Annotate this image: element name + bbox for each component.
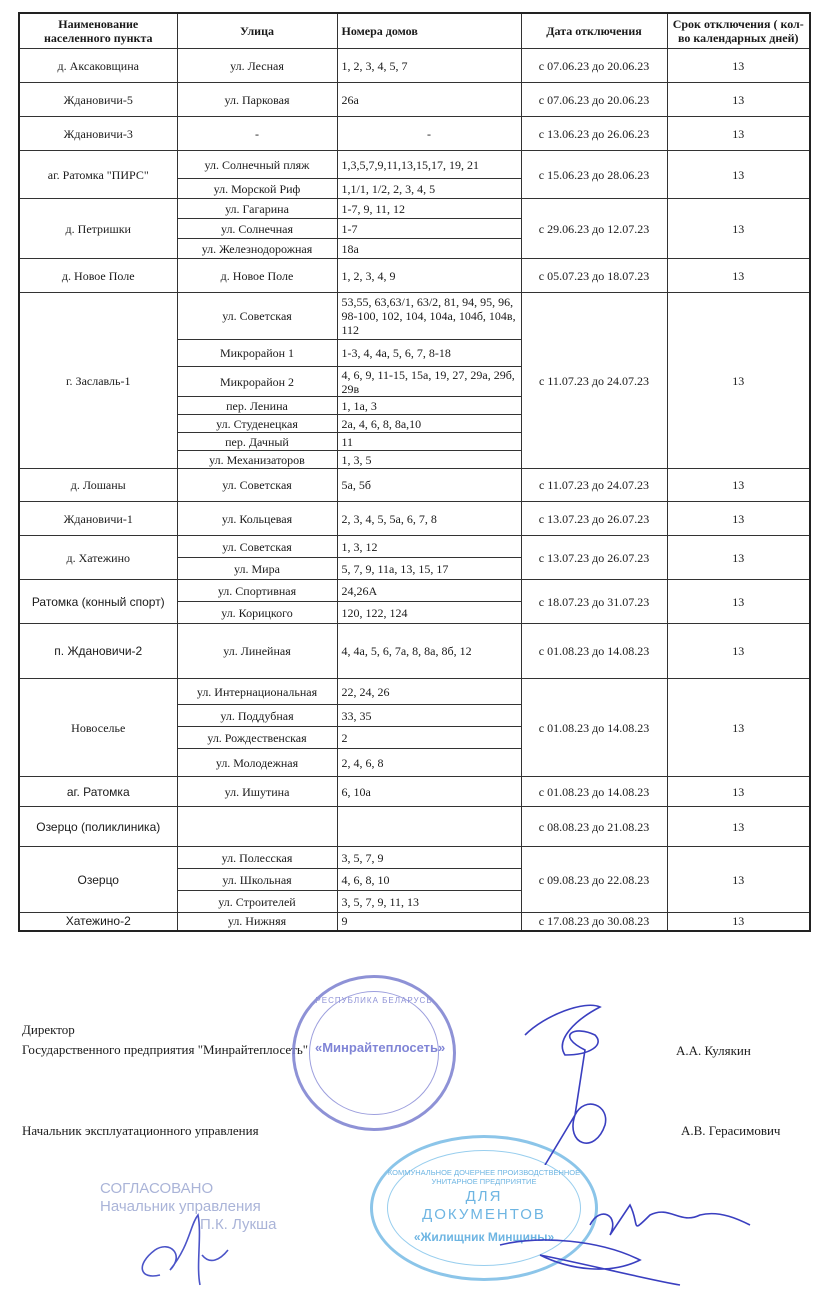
street-cell: ул. Нижняя [177,913,337,931]
days-cell: 13 [667,49,810,83]
street-cell: ул. Строителей [177,891,337,913]
round-stamp-ring-text: РЕСПУБЛИКА БЕЛАРУСЬ [295,996,453,1005]
settlement-cell: д. Новое Поле [19,259,177,293]
houses-cell: 1-3, 4, 4а, 5, 6, 7, 8-18 [337,340,521,367]
table-row: д. Лошаныул. Советская5а, 5бс 11.07.23 д… [19,469,810,502]
date-cell: с 05.07.23 до 18.07.23 [521,259,667,293]
houses-cell: 2а, 4, 6, 8, 8а,10 [337,415,521,433]
houses-cell: 2, 3, 4, 5, 5а, 6, 7, 8 [337,502,521,536]
settlement-cell: г. Заславль-1 [19,293,177,469]
date-cell: с 15.06.23 до 28.06.23 [521,151,667,199]
settlement-cell: аг. Ратомка "ПИРС" [19,151,177,199]
date-cell: с 01.08.23 до 14.08.23 [521,679,667,777]
houses-cell: 2, 4, 6, 8 [337,749,521,777]
table-row: аг. Ратомка "ПИРС"ул. Солнечный пляж1,3,… [19,151,810,179]
street-cell: ул. Лесная [177,49,337,83]
settlement-cell: д. Аксаковщина [19,49,177,83]
houses-cell: 22, 24, 26 [337,679,521,705]
header-houses: Номера домов [337,13,521,49]
houses-cell: - [337,117,521,151]
table-row: Ждановичи-1ул. Кольцевая2, 3, 4, 5, 5а, … [19,502,810,536]
houses-cell: 9 [337,913,521,931]
street-cell: - [177,117,337,151]
head-signature-icon [480,1185,760,1290]
date-cell: с 29.06.23 до 12.07.23 [521,199,667,259]
date-cell: с 11.07.23 до 24.07.23 [521,293,667,469]
table-row: Новосельеул. Интернациональная22, 24, 26… [19,679,810,705]
settlement-cell: аг. Ратомка [19,777,177,807]
oval-stamp-subtitle: КОММУНАЛЬНОЕ ДОЧЕРНЕЕ ПРОИЗВОДСТВЕННОЕ У… [373,1168,595,1186]
date-cell: с 09.08.23 до 22.08.23 [521,847,667,913]
days-cell: 13 [667,807,810,847]
houses-cell: 33, 35 [337,705,521,727]
houses-cell: 120, 122, 124 [337,602,521,624]
date-cell: с 17.08.23 до 30.08.23 [521,913,667,931]
street-cell: ул. Кольцевая [177,502,337,536]
houses-cell: 1,1/1, 1/2, 2, 3, 4, 5 [337,179,521,199]
header-date: Дата отключения [521,13,667,49]
days-cell: 13 [667,777,810,807]
street-cell: ул. Школьная [177,869,337,891]
days-cell: 13 [667,83,810,117]
date-cell: с 13.07.23 до 26.07.23 [521,536,667,580]
header-street: Улица [177,13,337,49]
settlement-cell: д. Лошаны [19,469,177,502]
table-row: Ратомка (конный спорт)ул. Спортивная24,2… [19,580,810,602]
houses-cell: 4, 4а, 5, 6, 7а, 8, 8а, 8б, 12 [337,624,521,679]
street-cell: ул. Спортивная [177,580,337,602]
table-body: д. Аксаковщинаул. Лесная1, 2, 3, 4, 5, 7… [19,49,810,931]
houses-cell: 11 [337,433,521,451]
houses-cell: 1, 3, 12 [337,536,521,558]
round-stamp: РЕСПУБЛИКА БЕЛАРУСЬ «Минрайтеплосеть» [292,975,456,1131]
houses-cell: 1, 3, 5 [337,451,521,469]
street-cell: ул. Советская [177,293,337,340]
street-cell: ул. Полесская [177,847,337,869]
street-cell: ул. Солнечная [177,219,337,239]
houses-cell: 6, 10а [337,777,521,807]
settlement-cell: Ратомка (конный спорт) [19,580,177,624]
street-cell: ул. Интернациональная [177,679,337,705]
outage-schedule-table: Наименование населенного пункта Улица Но… [18,12,811,932]
street-cell: ул. Механизаторов [177,451,337,469]
date-cell: с 18.07.23 до 31.07.23 [521,580,667,624]
head-name: А.В. Герасимович [681,1123,780,1139]
street-cell: ул. Советская [177,536,337,558]
days-cell: 13 [667,259,810,293]
header-term: Срок отключения ( кол-во календарных дне… [667,13,810,49]
houses-cell: 1, 2, 3, 4, 9 [337,259,521,293]
days-cell: 13 [667,913,810,931]
street-cell: ул. Корицкого [177,602,337,624]
table-row: д. Петришкиул. Гагарина1-7, 9, 11, 12с 2… [19,199,810,219]
table-row: Ждановичи-5ул. Парковая26ас 07.06.23 до … [19,83,810,117]
date-cell: с 07.06.23 до 20.06.23 [521,49,667,83]
settlement-cell: Озерцо (поликлиника) [19,807,177,847]
director-title-line2: Государственного предприятия "Минрайтепл… [22,1042,308,1058]
houses-cell: 1, 2, 3, 4, 5, 7 [337,49,521,83]
street-cell: ул. Линейная [177,624,337,679]
houses-cell: 24,26А [337,580,521,602]
table-row: д. Аксаковщинаул. Лесная1, 2, 3, 4, 5, 7… [19,49,810,83]
round-stamp-title: «Минрайтеплосеть» [315,1040,433,1055]
settlement-cell: д. Петришки [19,199,177,259]
date-cell: с 11.07.23 до 24.07.23 [521,469,667,502]
date-cell: с 07.06.23 до 20.06.23 [521,83,667,117]
days-cell: 13 [667,679,810,777]
director-signature-icon [505,995,625,1165]
table-row: д. Хатежиноул. Советская1, 3, 12с 13.07.… [19,536,810,558]
houses-cell: 5, 7, 9, 11а, 13, 15, 17 [337,558,521,580]
table-row: Озерцо (поликлиника)с 08.08.23 до 21.08.… [19,807,810,847]
table-row: г. Заславль-1ул. Советская53,55, 63,63/1… [19,293,810,340]
street-cell: Микрорайон 1 [177,340,337,367]
street-cell: ул. Поддубная [177,705,337,727]
houses-cell: 4, 6, 8, 10 [337,869,521,891]
date-cell: с 08.08.23 до 21.08.23 [521,807,667,847]
street-cell: ул. Гагарина [177,199,337,219]
days-cell: 13 [667,847,810,913]
head-title: Начальник эксплуатационного управления [22,1123,259,1139]
approval-line1: СОГЛАСОВАНО [100,1180,276,1198]
street-cell: ул. Железнодорожная [177,239,337,259]
houses-cell: 3, 5, 7, 9, 11, 13 [337,891,521,913]
days-cell: 13 [667,293,810,469]
days-cell: 13 [667,580,810,624]
settlement-cell: Озерцо [19,847,177,913]
street-cell: ул. Студенецкая [177,415,337,433]
table-row: Озерцоул. Полесская3, 5, 7, 9с 09.08.23 … [19,847,810,869]
street-cell: ул. Советская [177,469,337,502]
days-cell: 13 [667,502,810,536]
settlement-cell: Ждановичи-3 [19,117,177,151]
street-cell: ул. Морской Риф [177,179,337,199]
date-cell: с 13.07.23 до 26.07.23 [521,502,667,536]
date-cell: с 01.08.23 до 14.08.23 [521,777,667,807]
street-cell: ул. Ишутина [177,777,337,807]
houses-cell [337,807,521,847]
street-cell [177,807,337,847]
table-header-row: Наименование населенного пункта Улица Но… [19,13,810,49]
street-cell: ул. Солнечный пляж [177,151,337,179]
date-cell: с 13.06.23 до 26.06.23 [521,117,667,151]
days-cell: 13 [667,151,810,199]
houses-cell: 1-7, 9, 11, 12 [337,199,521,219]
director-name: А.А. Кулякин [676,1043,751,1059]
table-row: Ждановичи-3--с 13.06.23 до 26.06.2313 [19,117,810,151]
header-settlement: Наименование населенного пункта [19,13,177,49]
days-cell: 13 [667,117,810,151]
table-row: п. Ждановичи-2ул. Линейная4, 4а, 5, 6, 7… [19,624,810,679]
settlement-cell: Хатежино-2 [19,913,177,931]
houses-cell: 1,3,5,7,9,11,13,15,17, 19, 21 [337,151,521,179]
settlement-cell: д. Хатежино [19,536,177,580]
street-cell: ул. Парковая [177,83,337,117]
houses-cell: 18а [337,239,521,259]
settlement-cell: Новоселье [19,679,177,777]
settlement-cell: п. Ждановичи-2 [19,624,177,679]
days-cell: 13 [667,624,810,679]
street-cell: ул. Рождественская [177,727,337,749]
days-cell: 13 [667,536,810,580]
street-cell: ул. Молодежная [177,749,337,777]
table-row: аг. Ратомкаул. Ишутина6, 10ас 01.08.23 д… [19,777,810,807]
approval-signature-icon [130,1205,240,1290]
houses-cell: 4, 6, 9, 11-15, 15а, 19, 27, 29а, 29б, 2… [337,367,521,397]
street-cell: д. Новое Поле [177,259,337,293]
houses-cell: 5а, 5б [337,469,521,502]
houses-cell: 1, 1а, 3 [337,397,521,415]
street-cell: Микрорайон 2 [177,367,337,397]
street-cell: пер. Дачный [177,433,337,451]
settlement-cell: Ждановичи-5 [19,83,177,117]
date-cell: с 01.08.23 до 14.08.23 [521,624,667,679]
street-cell: ул. Мира [177,558,337,580]
houses-cell: 53,55, 63,63/1, 63/2, 81, 94, 95, 96, 98… [337,293,521,340]
days-cell: 13 [667,199,810,259]
table-row: д. Новое Полед. Новое Поле1, 2, 3, 4, 9с… [19,259,810,293]
table-row: Хатежино-2ул. Нижняя9с 17.08.23 до 30.08… [19,913,810,931]
settlement-cell: Ждановичи-1 [19,502,177,536]
houses-cell: 1-7 [337,219,521,239]
director-title-line1: Директор [22,1022,75,1038]
houses-cell: 3, 5, 7, 9 [337,847,521,869]
houses-cell: 26а [337,83,521,117]
houses-cell: 2 [337,727,521,749]
days-cell: 13 [667,469,810,502]
street-cell: пер. Ленина [177,397,337,415]
